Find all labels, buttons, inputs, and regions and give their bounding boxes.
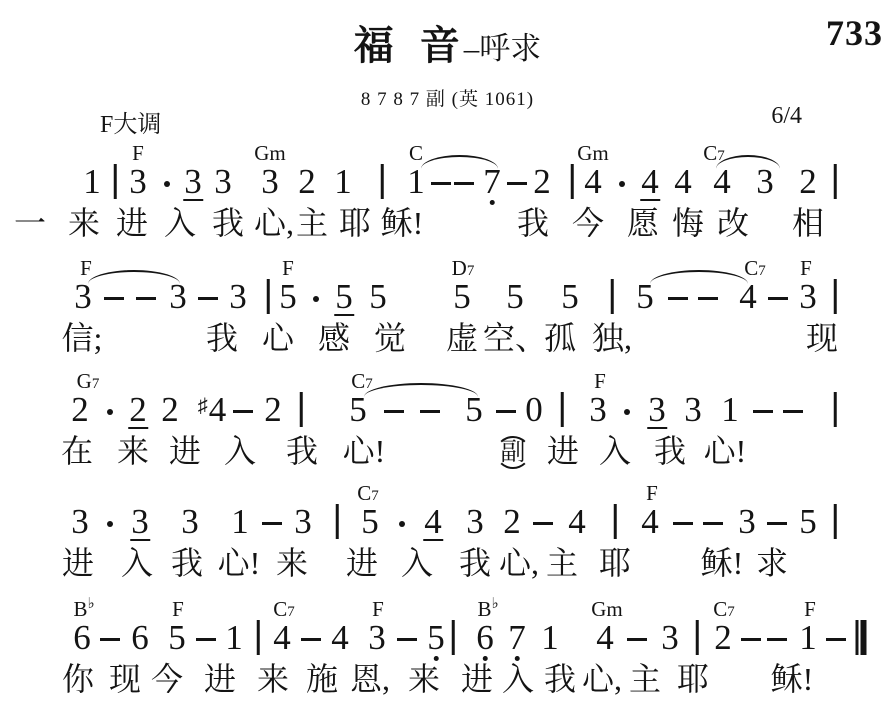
note: 4 (567, 502, 587, 539)
augmentation-dot-icon (619, 181, 625, 187)
lyric: 空、 (483, 321, 547, 355)
barline (336, 504, 339, 539)
augmentation-dot-icon (624, 409, 630, 415)
music-system-5: B♭FC7FB♭GmC7F665144356714321你现今进来施恩,来进入我… (0, 618, 895, 717)
lyric: 心, (499, 546, 539, 580)
note: 1 (720, 390, 740, 427)
duration-dash (668, 297, 688, 300)
augmentation-dot-icon (107, 521, 113, 527)
lyric: 入 (502, 662, 534, 696)
duration-dash (454, 182, 474, 185)
lyric: 今 (572, 206, 604, 240)
barline (834, 392, 837, 427)
lyric: 稣! (771, 662, 814, 696)
chord-label: Gm (577, 143, 609, 163)
lyric: 我 (171, 546, 203, 580)
lyric: 悔 (672, 206, 704, 240)
duration-dash (431, 182, 451, 185)
note: 2 (297, 162, 317, 199)
lyric: 虚 (446, 321, 478, 355)
note: 3 (660, 618, 680, 655)
lyric: 独, (592, 321, 632, 355)
lyric: 稣! (701, 546, 744, 580)
barline (834, 279, 837, 314)
slur-tie (421, 155, 498, 169)
lyric: 进 (204, 662, 236, 696)
duration-dash (783, 410, 803, 413)
music-system-3: G7C7F222♯425503331在来进入我心!副进入我心! (0, 390, 895, 490)
note: 2 (263, 390, 283, 427)
sharp-icon: ♯ (198, 395, 208, 417)
flat-icon: ♭ (491, 596, 498, 612)
lyric: 我 (517, 206, 549, 240)
note: 3 (180, 502, 200, 539)
lyric: 心! (704, 434, 747, 468)
chord-label: F (132, 143, 144, 163)
note: 2 (532, 162, 552, 199)
barline (611, 279, 614, 314)
lyric: 我 (544, 662, 576, 696)
chord-label: F (646, 483, 658, 503)
lyric: 在 (61, 434, 93, 468)
duration-dash (673, 522, 693, 525)
note: 2 (798, 162, 818, 199)
chord-label: F (80, 258, 92, 278)
slur-tie (650, 270, 748, 284)
duration-dash (100, 638, 120, 641)
duration-dash (826, 638, 846, 641)
duration-dash (420, 410, 440, 413)
chord-label: C (409, 143, 423, 163)
note: 2 (713, 618, 733, 655)
lyric: 主 (546, 546, 578, 580)
chord-label: F (804, 599, 816, 619)
lyric: 入 (401, 546, 433, 580)
lyric: 现 (806, 321, 838, 355)
note: 3 (367, 618, 387, 655)
hymn-title: 福 音–呼求 (0, 14, 895, 71)
lyric: 进 (346, 546, 378, 580)
note: 3 (128, 162, 148, 199)
lyric: 一 (14, 206, 46, 240)
slur-tie (364, 383, 478, 397)
lyric: 心 (262, 321, 294, 355)
chord-label: B♭ (73, 599, 94, 619)
lyric: 主 (629, 662, 661, 696)
augmentation-dot-icon (399, 521, 405, 527)
barline (114, 164, 117, 199)
lyric: 来 (68, 206, 100, 240)
note: 0 (524, 390, 544, 427)
note: 3 (183, 162, 203, 201)
note: 5 (452, 277, 472, 314)
duration-dash (533, 522, 553, 525)
duration-dash (384, 410, 404, 413)
duration-dash (198, 297, 218, 300)
augmentation-dot-icon (107, 409, 113, 415)
lyric: 入 (599, 434, 631, 468)
duration-dash (196, 638, 216, 641)
note: 4 (423, 502, 443, 541)
lyric: 进 (169, 434, 201, 468)
flat-icon: ♭ (87, 596, 94, 612)
note: 3 (588, 390, 608, 427)
chord-label: F (594, 371, 606, 391)
lyric: 我 (212, 206, 244, 240)
lyric: 入 (164, 206, 196, 240)
duration-dash (768, 297, 788, 300)
lyric: 心! (218, 546, 261, 580)
lyric: 来 (408, 662, 440, 696)
lyric: 恩, (350, 662, 390, 696)
note: 6 (72, 618, 92, 655)
duration-dash (397, 638, 417, 641)
chord-label: F (800, 258, 812, 278)
note: 3 (683, 390, 703, 427)
lyric: 入 (224, 434, 256, 468)
note: 5 (368, 277, 388, 314)
note: 3 (737, 502, 757, 539)
chord-label: F (372, 599, 384, 619)
lyric: 施 (306, 662, 338, 696)
duration-dash (104, 297, 124, 300)
lyric: 心, (582, 662, 622, 696)
note: 5 (505, 277, 525, 314)
chord-label: Gm (591, 599, 623, 619)
note: 4 (595, 618, 615, 655)
note: 3 (465, 502, 485, 539)
note: 4 (640, 162, 660, 201)
barline (561, 392, 564, 427)
music-system-2: FFD7C7F333555555543信;我心感觉虚空、孤独,现 (0, 277, 895, 377)
note: 1 (540, 618, 560, 655)
note: 1 (82, 162, 102, 199)
duration-dash (627, 638, 647, 641)
chord-label: Gm (254, 143, 286, 163)
lyric: 愿 (627, 206, 659, 240)
lyric: 进 (461, 662, 493, 696)
final-barline (856, 620, 867, 655)
note: 2 (128, 390, 148, 429)
lyric: 进 (62, 546, 94, 580)
note: 4 (640, 502, 660, 539)
duration-dash (136, 297, 156, 300)
lyric: 今 (151, 662, 183, 696)
note: 4 (330, 618, 350, 655)
lyric: 入 (121, 546, 153, 580)
note: 7 (507, 618, 527, 655)
lyric: 现 (109, 662, 141, 696)
slur-tie (716, 155, 780, 169)
duration-dash (507, 182, 527, 185)
duration-dash (767, 638, 787, 641)
lyric: 来 (117, 434, 149, 468)
augmentation-dot-icon (164, 181, 170, 187)
lyric: 来 (257, 662, 289, 696)
lyric: 我 (654, 434, 686, 468)
note: 1 (798, 618, 818, 655)
time-signature: 6/4 (771, 103, 802, 130)
note: 1 (230, 502, 250, 539)
music-system-4: C7F3331354324435进入我心!来进入我心,主耶稣!求 (0, 502, 895, 602)
lyric: 进 (547, 434, 579, 468)
note: 1 (333, 162, 353, 199)
key-signature: F大调 (100, 104, 161, 139)
lyric: 来 (276, 546, 308, 580)
slur-tie (88, 270, 180, 284)
note: 5 (360, 502, 380, 539)
note: 5 (426, 618, 446, 655)
note: 6 (130, 618, 150, 655)
duration-dash (262, 522, 282, 525)
note: 3 (228, 277, 248, 314)
lyric: 你 (62, 662, 94, 696)
note: 3 (798, 277, 818, 314)
barline (571, 164, 574, 199)
note: 4 (583, 162, 603, 199)
note: 4 (673, 162, 693, 199)
lyric: 感 (318, 321, 350, 355)
chord-seventh: 7 (92, 376, 100, 392)
chord-label: F (172, 599, 184, 619)
lyric: 求 (756, 546, 788, 580)
lyric: 耶 (599, 546, 631, 580)
duration-dash (767, 522, 787, 525)
lyric: 信; (62, 321, 103, 355)
lyric: 改 (717, 206, 749, 240)
duration-dash (753, 410, 773, 413)
duration-dash (496, 410, 516, 413)
lyric: 耶 (339, 206, 371, 240)
barline (381, 164, 384, 199)
barline (257, 620, 260, 655)
note: 3 (647, 390, 667, 429)
lyric: 我 (286, 434, 318, 468)
note: 4 (272, 618, 292, 655)
lyric: 主 (296, 206, 328, 240)
hymn-sheet-page: 733 福 音–呼求 8 7 8 7 副 (英 1061) F大调 6/4 FG… (0, 0, 895, 717)
lyric: 心! (343, 434, 386, 468)
lyric: 耶 (677, 662, 709, 696)
barline (267, 279, 270, 314)
duration-dash (703, 522, 723, 525)
barline (300, 392, 303, 427)
lyric: 进 (116, 206, 148, 240)
hymn-title-name: –呼求 (464, 31, 542, 66)
lyric: 稣! (381, 206, 424, 240)
augmentation-dot-icon (313, 296, 319, 302)
lyric: 孤 (544, 321, 576, 355)
note: ♯4 (197, 390, 228, 427)
duration-dash (741, 638, 761, 641)
note: 3 (293, 502, 313, 539)
note: 3 (130, 502, 150, 541)
refrain-mark: 副 (495, 436, 530, 469)
hymn-title-category: 福 音 (354, 23, 460, 68)
barline (696, 620, 699, 655)
note: 2 (70, 390, 90, 427)
note: 5 (334, 277, 354, 316)
lyric: 相 (792, 206, 824, 240)
note: 5 (278, 277, 298, 314)
music-system-1: FGmCGmC71333321172444432一来进入我心,主耶稣!我今愿悔改… (0, 162, 895, 262)
chord-label: B♭ (477, 599, 498, 619)
duration-dash (698, 297, 718, 300)
note: 5 (560, 277, 580, 314)
note: 5 (798, 502, 818, 539)
barline (614, 504, 617, 539)
lyric: 心, (254, 206, 294, 240)
note: 3 (260, 162, 280, 199)
note: 2 (502, 502, 522, 539)
lyric: 觉 (374, 321, 406, 355)
note: 3 (70, 502, 90, 539)
barline (834, 504, 837, 539)
duration-dash (233, 410, 253, 413)
chord-label: F (282, 258, 294, 278)
note: 5 (167, 618, 187, 655)
note: 6 (475, 618, 495, 655)
lyric: 我 (206, 321, 238, 355)
lyric: 我 (459, 546, 491, 580)
note: 2 (160, 390, 180, 427)
note: 3 (213, 162, 233, 199)
duration-dash (301, 638, 321, 641)
chord-seventh: 7 (758, 263, 766, 279)
barline (452, 620, 455, 655)
barline (834, 164, 837, 199)
note: 1 (224, 618, 244, 655)
